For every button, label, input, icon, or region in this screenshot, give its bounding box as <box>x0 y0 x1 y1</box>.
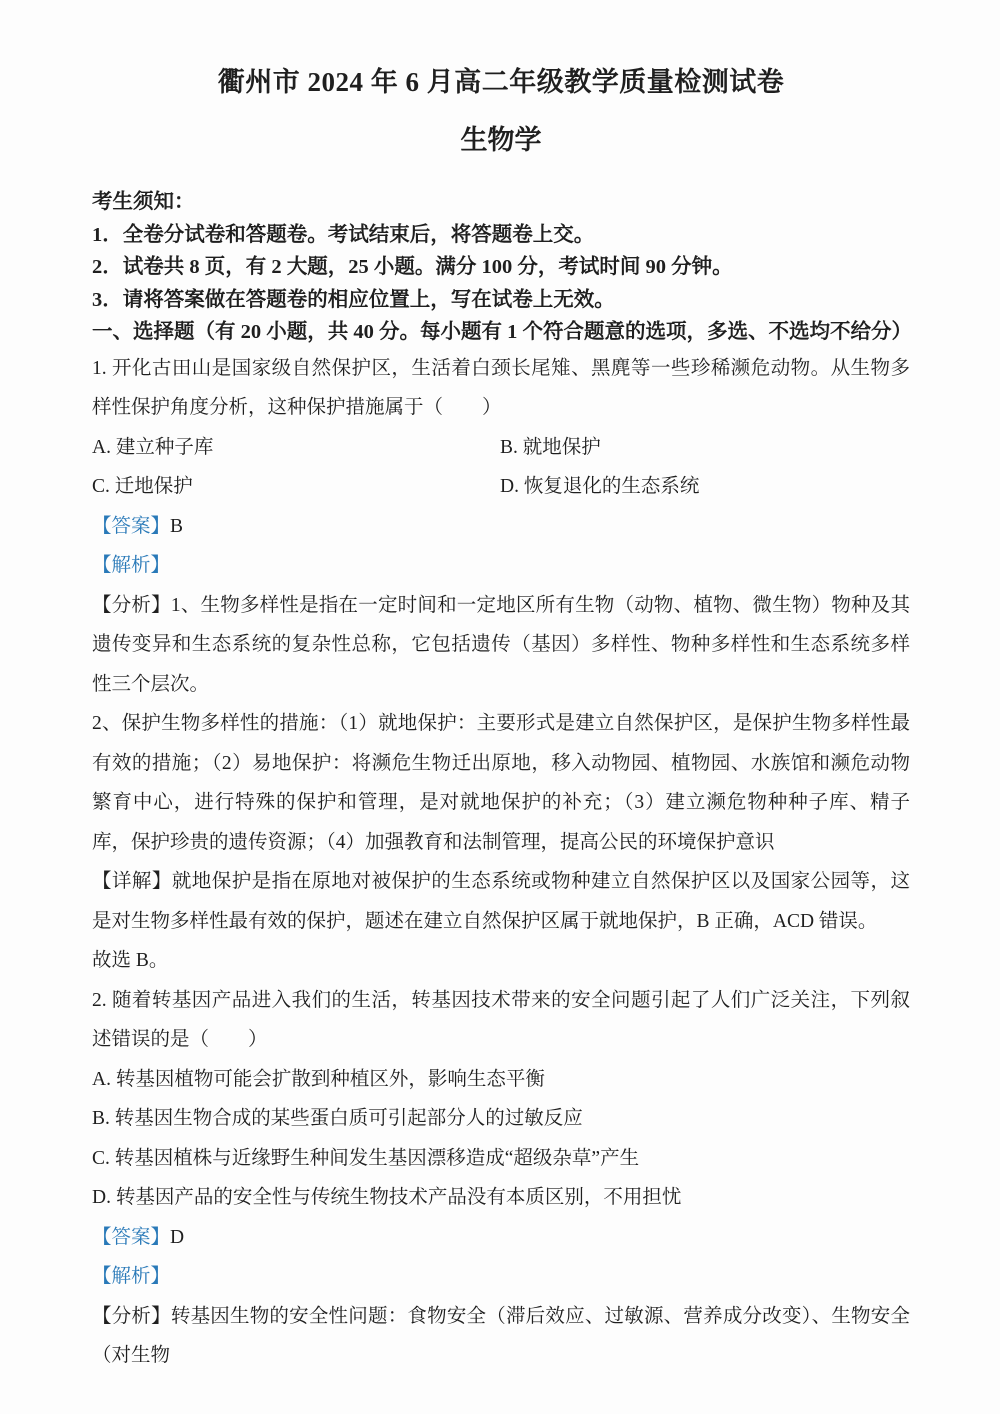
question-2-answer: D <box>170 1227 184 1248</box>
answer-label: 【答案】 <box>92 516 170 537</box>
question-1-answer: B <box>170 516 183 537</box>
question-2-option-c: C. 转基因植株与近缘野生种间发生基因漂移造成“超级杂草”产生 <box>92 1139 910 1179</box>
section-heading: 一、选择题（有 20 小题，共 40 分。每小题有 1 个符合题意的选项，多选、… <box>92 316 910 349</box>
notice-item-3: 3．请将答案做在答题卷的相应位置上，写在试卷上无效。 <box>92 284 910 317</box>
doc-subject: 生物学 <box>92 124 910 156</box>
question-1-detail: 【详解】就地保护是指在原地对被保护的生态系统或物种建立自然保护区以及国家公园等，… <box>92 862 910 941</box>
question-1-stem: 1. 开化古田山是国家级自然保护区，生活着白颈长尾雉、黑麂等一些珍稀濒危动物。从… <box>92 349 910 428</box>
question-1-explain-row: 【解析】 <box>92 546 910 586</box>
question-2-option-b: B. 转基因生物合成的某些蛋白质可引起部分人的过敏反应 <box>92 1099 910 1139</box>
notice-heading: 考生须知： <box>92 186 910 219</box>
question-2-analysis-partial: 【分析】转基因生物的安全性问题：食物安全（滞后效应、过敏源、营养成分改变）、生物… <box>92 1297 910 1376</box>
question-1-option-c: C. 迁地保护 <box>92 467 500 507</box>
question-1-analysis-1: 【分析】1、生物多样性是指在一定时间和一定地区所有生物（动物、植物、微生物）物种… <box>92 586 910 705</box>
explain-label: 【解析】 <box>92 1266 170 1287</box>
question-1-option-b: B. 就地保护 <box>500 428 910 468</box>
doc-title: 衢州市 2024 年 6 月高二年级教学质量检测试卷 <box>92 66 910 98</box>
question-2-stem: 2. 随着转基因产品进入我们的生活，转基因技术带来的安全问题引起了人们广泛关注，… <box>92 981 910 1060</box>
answer-label: 【答案】 <box>92 1227 170 1248</box>
question-2-option-a: A. 转基因植物可能会扩散到种植区外，影响生态平衡 <box>92 1060 910 1100</box>
question-1-conclusion: 故选 B。 <box>92 941 910 981</box>
notice-item-2: 2．试卷共 8 页，有 2 大题，25 小题。满分 100 分，考试时间 90 … <box>92 251 910 284</box>
question-1-analysis-2: 2、保护生物多样性的措施：（1）就地保护：主要形式是建立自然保护区，是保护生物多… <box>92 704 910 862</box>
explain-label: 【解析】 <box>92 555 170 576</box>
question-2-option-d: D. 转基因产品的安全性与传统生物技术产品没有本质区别，不用担忧 <box>92 1178 910 1218</box>
question-1-option-a: A. 建立种子库 <box>92 428 500 468</box>
question-2-answer-row: 【答案】D <box>92 1218 910 1258</box>
question-1-answer-row: 【答案】B <box>92 507 910 547</box>
exam-document: 衢州市 2024 年 6 月高二年级教学质量检测试卷 生物学 考生须知： 1．全… <box>0 0 1000 1414</box>
notice-item-1: 1．全卷分试卷和答题卷。考试结束后，将答题卷上交。 <box>92 219 910 252</box>
question-2-explain-row: 【解析】 <box>92 1257 910 1297</box>
question-1-options: A. 建立种子库 B. 就地保护 C. 迁地保护 D. 恢复退化的生态系统 <box>92 428 910 507</box>
question-1-option-d: D. 恢复退化的生态系统 <box>500 467 910 507</box>
